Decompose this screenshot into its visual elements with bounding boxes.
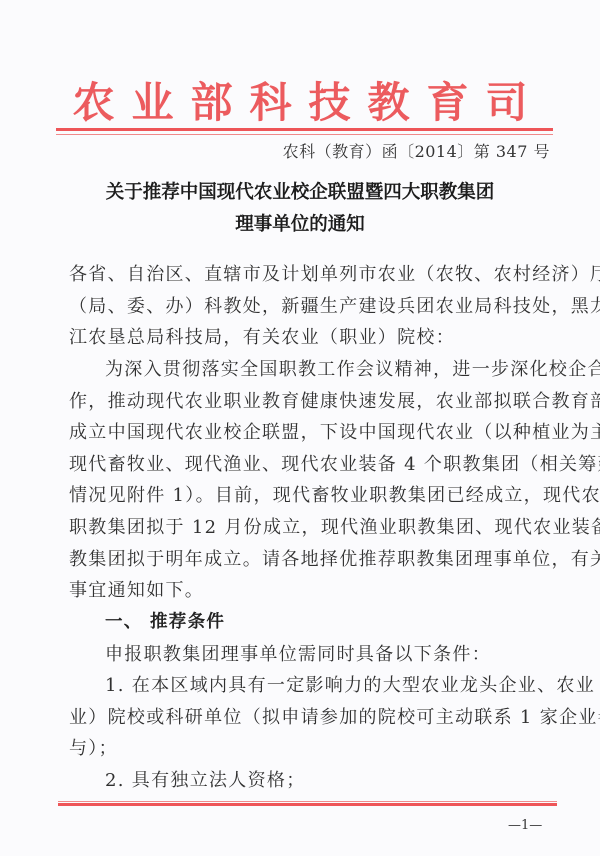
document-number: 农科（教育）函〔2014〕第 347 号 xyxy=(283,140,550,164)
paragraph-line: 现代畜牧业、现代渔业、现代农业装备 4 个职教集团（相关筹建 xyxy=(69,449,544,481)
addressee-line: （局、委、办）科教处，新疆生产建设兵团农业局科技处，黑龙 xyxy=(69,291,544,323)
paragraph-line: 成立中国现代农业校企联盟，下设中国现代农业（以种植业为主）、 xyxy=(69,417,544,449)
section-heading: 一、 推荐条件 xyxy=(69,607,544,639)
document-title-line-1: 关于推荐中国现代农业校企联盟暨四大职教集团 xyxy=(0,178,600,208)
addressee-line: 各省、自治区、直辖市及计划单列市农业（农牧、农村经济）厅 xyxy=(69,259,544,291)
paragraph-line: 职教集团拟于 12 月份成立，现代渔业职教集团、现代农业装备职 xyxy=(69,512,544,544)
addressee-block: 各省、自治区、直辖市及计划单列市农业（农牧、农村经济）厅 （局、委、办）科教处，… xyxy=(69,259,544,354)
footer-rule-thin xyxy=(58,801,557,802)
section-1: 一、 推荐条件 申报职教集团理事单位需同时具备以下条件： 1. 在本区域内具有一… xyxy=(69,607,544,797)
condition-item-1-line: 1. 在本区域内具有一定影响力的大型农业龙头企业、农业（职 xyxy=(69,670,544,702)
addressee-line: 江农垦总局科技局，有关农业（职业）院校： xyxy=(69,322,544,354)
letterhead-rule-thick xyxy=(56,128,553,131)
footer-rule-thick xyxy=(58,803,557,806)
paragraph-line: 为深入贯彻落实全国职教工作会议精神，进一步深化校企合 xyxy=(69,354,544,386)
document-page: 农业部科技教育司 农科（教育）函〔2014〕第 347 号 关于推荐中国现代农业… xyxy=(0,0,600,856)
page-number: —1— xyxy=(508,818,542,833)
intro-paragraph: 为深入贯彻落实全国职教工作会议精神，进一步深化校企合 作，推动现代农业职业教育健… xyxy=(69,354,544,607)
condition-item-1-line: 业）院校或科研单位（拟申请参加的院校可主动联系 1 家企业参 xyxy=(69,702,544,734)
document-title-line-2: 理事单位的通知 xyxy=(0,210,600,240)
paragraph-line: 情况见附件 1）。目前，现代畜牧业职教集团已经成立，现代农业 xyxy=(69,480,544,512)
letterhead-organization: 农业部科技教育司 xyxy=(0,78,600,128)
section-lead: 申报职教集团理事单位需同时具备以下条件： xyxy=(69,639,544,671)
condition-item-2-line: 2. 具有独立法人资格； xyxy=(69,765,544,797)
paragraph-line: 教集团拟于明年成立。请各地择优推荐职教集团理事单位，有关 xyxy=(69,544,544,576)
paragraph-line: 作，推动现代农业职业教育健康快速发展，农业部拟联合教育部 xyxy=(69,386,544,418)
condition-item-1-line: 与）； xyxy=(69,733,544,765)
letterhead-rule-thin xyxy=(56,134,553,135)
paragraph-line: 事宜通知如下。 xyxy=(69,575,544,607)
